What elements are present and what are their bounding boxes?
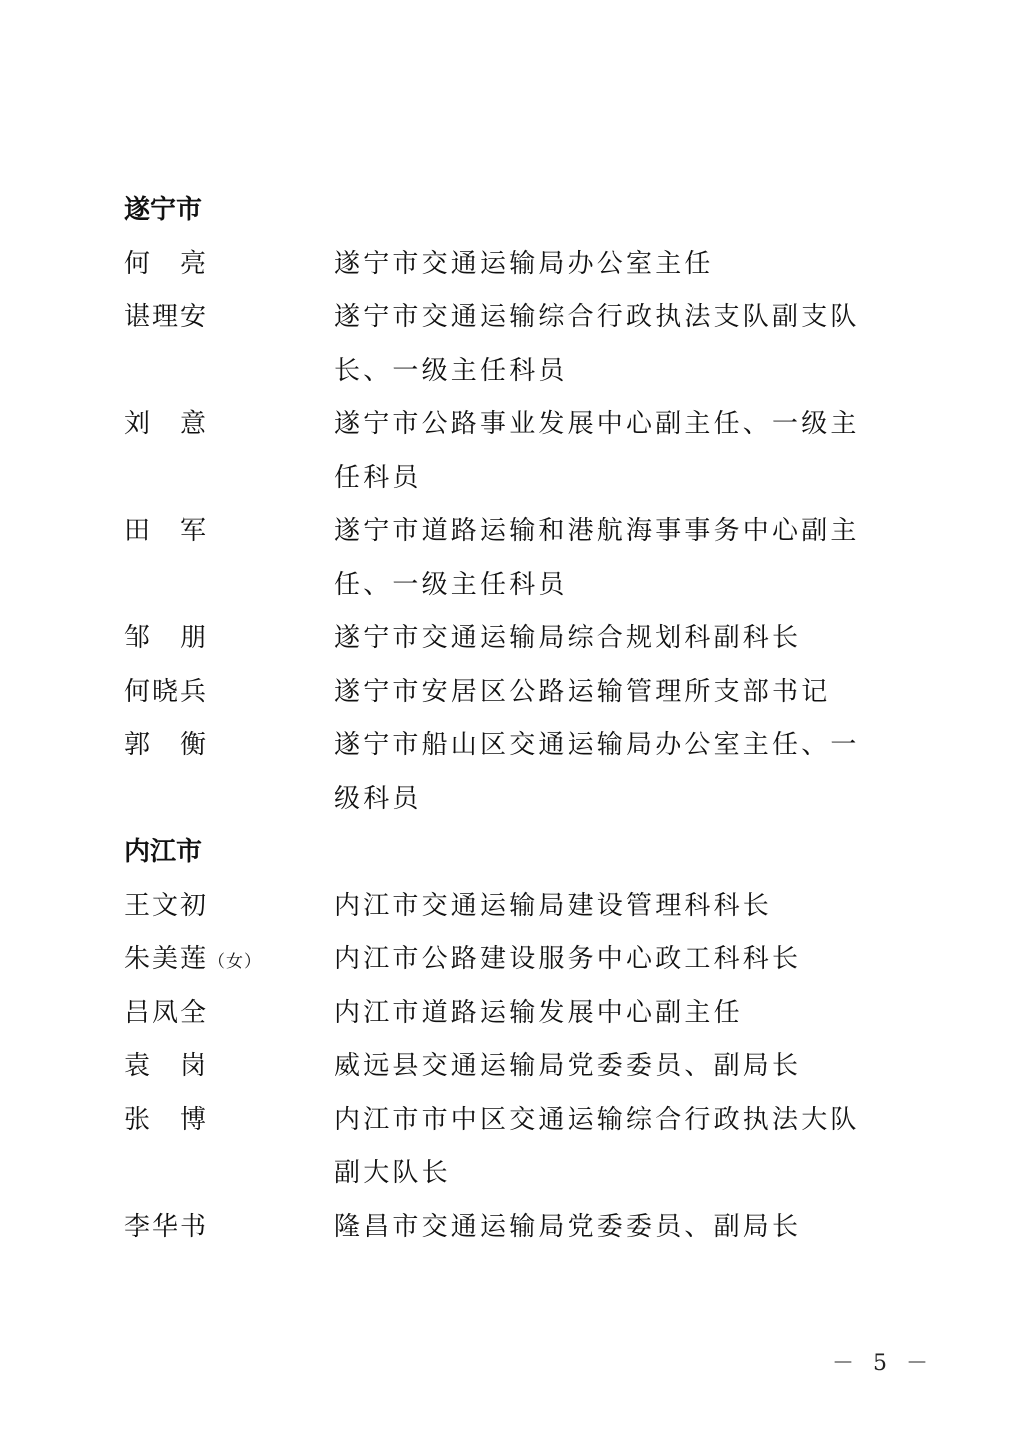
person-name-with-note: 朱美莲（女）	[124, 933, 324, 990]
entry-row: 张 博 内江市市中区交通运输综合行政执法大队	[124, 1094, 864, 1148]
person-title-continued: 任、一级主任科员	[334, 559, 568, 613]
person-name: 刘 意	[124, 398, 324, 452]
person-title: 遂宁市船山区交通运输局办公室主任、一	[334, 719, 860, 773]
entry-row: 王文初 内江市交通运输局建设管理科科长	[124, 880, 864, 934]
person-name: 邹 朋	[124, 612, 324, 666]
section-title-suining: 遂宁市	[124, 184, 864, 238]
entry-continuation: 级科员	[124, 773, 864, 827]
entry-continuation: 任、一级主任科员	[124, 559, 864, 613]
person-title: 内江市市中区交通运输综合行政执法大队	[334, 1094, 860, 1148]
person-name: 谌理安	[124, 291, 324, 345]
person-name: 郭 衡	[124, 719, 324, 773]
person-title: 内江市交通运输局建设管理科科长	[334, 880, 772, 934]
entry-row: 邹 朋 遂宁市交通运输局综合规划科副科长	[124, 612, 864, 666]
entry-row: 田 军 遂宁市道路运输和港航海事事务中心副主	[124, 505, 864, 559]
person-name: 何晓兵	[124, 666, 324, 720]
person-title: 隆昌市交通运输局党委委员、副局长	[334, 1201, 801, 1255]
entry-row: 袁 岗 威远县交通运输局党委委员、副局长	[124, 1040, 864, 1094]
person-title: 内江市公路建设服务中心政工科科长	[334, 933, 801, 987]
person-title: 威远县交通运输局党委委员、副局长	[334, 1040, 801, 1094]
person-title: 内江市道路运输发展中心副主任	[334, 987, 743, 1041]
entry-row: 郭 衡 遂宁市船山区交通运输局办公室主任、一	[124, 719, 864, 773]
entry-row: 李华书 隆昌市交通运输局党委委员、副局长	[124, 1201, 864, 1255]
person-title-continued: 任科员	[334, 452, 422, 506]
person-name: 吕凤全	[124, 987, 324, 1041]
person-name: 袁 岗	[124, 1040, 324, 1094]
person-name: 何 亮	[124, 238, 324, 292]
person-name: 田 军	[124, 505, 324, 559]
section-title-neijiang: 内江市	[124, 826, 864, 880]
person-title: 遂宁市安居区公路运输管理所支部书记	[334, 666, 830, 720]
person-title: 遂宁市交通运输局综合规划科副科长	[334, 612, 801, 666]
page-number: － 5 －	[832, 1346, 934, 1377]
person-title: 遂宁市交通运输综合行政执法支队副支队	[334, 291, 860, 345]
gender-note: （女）	[208, 952, 262, 972]
entry-continuation: 任科员	[124, 452, 864, 506]
entry-row: 刘 意 遂宁市公路事业发展中心副主任、一级主	[124, 398, 864, 452]
person-title-continued: 副大队长	[334, 1147, 451, 1201]
personnel-list: 遂宁市 何 亮 遂宁市交通运输局办公室主任 谌理安 遂宁市交通运输综合行政执法支…	[124, 184, 864, 1254]
entry-continuation: 副大队长	[124, 1147, 864, 1201]
person-name: 王文初	[124, 880, 324, 934]
entry-row: 何 亮 遂宁市交通运输局办公室主任	[124, 238, 864, 292]
person-name: 朱美莲	[124, 944, 208, 974]
entry-row: 朱美莲（女） 内江市公路建设服务中心政工科科长	[124, 933, 864, 987]
person-title: 遂宁市交通运输局办公室主任	[334, 238, 714, 292]
person-title: 遂宁市公路事业发展中心副主任、一级主	[334, 398, 860, 452]
entry-row: 何晓兵 遂宁市安居区公路运输管理所支部书记	[124, 666, 864, 720]
person-name: 张 博	[124, 1094, 324, 1148]
person-name: 李华书	[124, 1201, 324, 1255]
entry-row: 谌理安 遂宁市交通运输综合行政执法支队副支队	[124, 291, 864, 345]
person-title: 遂宁市道路运输和港航海事事务中心副主	[334, 505, 860, 559]
entry-continuation: 长、一级主任科员	[124, 345, 864, 399]
person-title-continued: 级科员	[334, 773, 422, 827]
document-page: 遂宁市 何 亮 遂宁市交通运输局办公室主任 谌理安 遂宁市交通运输综合行政执法支…	[0, 0, 1024, 1449]
person-title-continued: 长、一级主任科员	[334, 345, 568, 399]
entry-row: 吕凤全 内江市道路运输发展中心副主任	[124, 987, 864, 1041]
